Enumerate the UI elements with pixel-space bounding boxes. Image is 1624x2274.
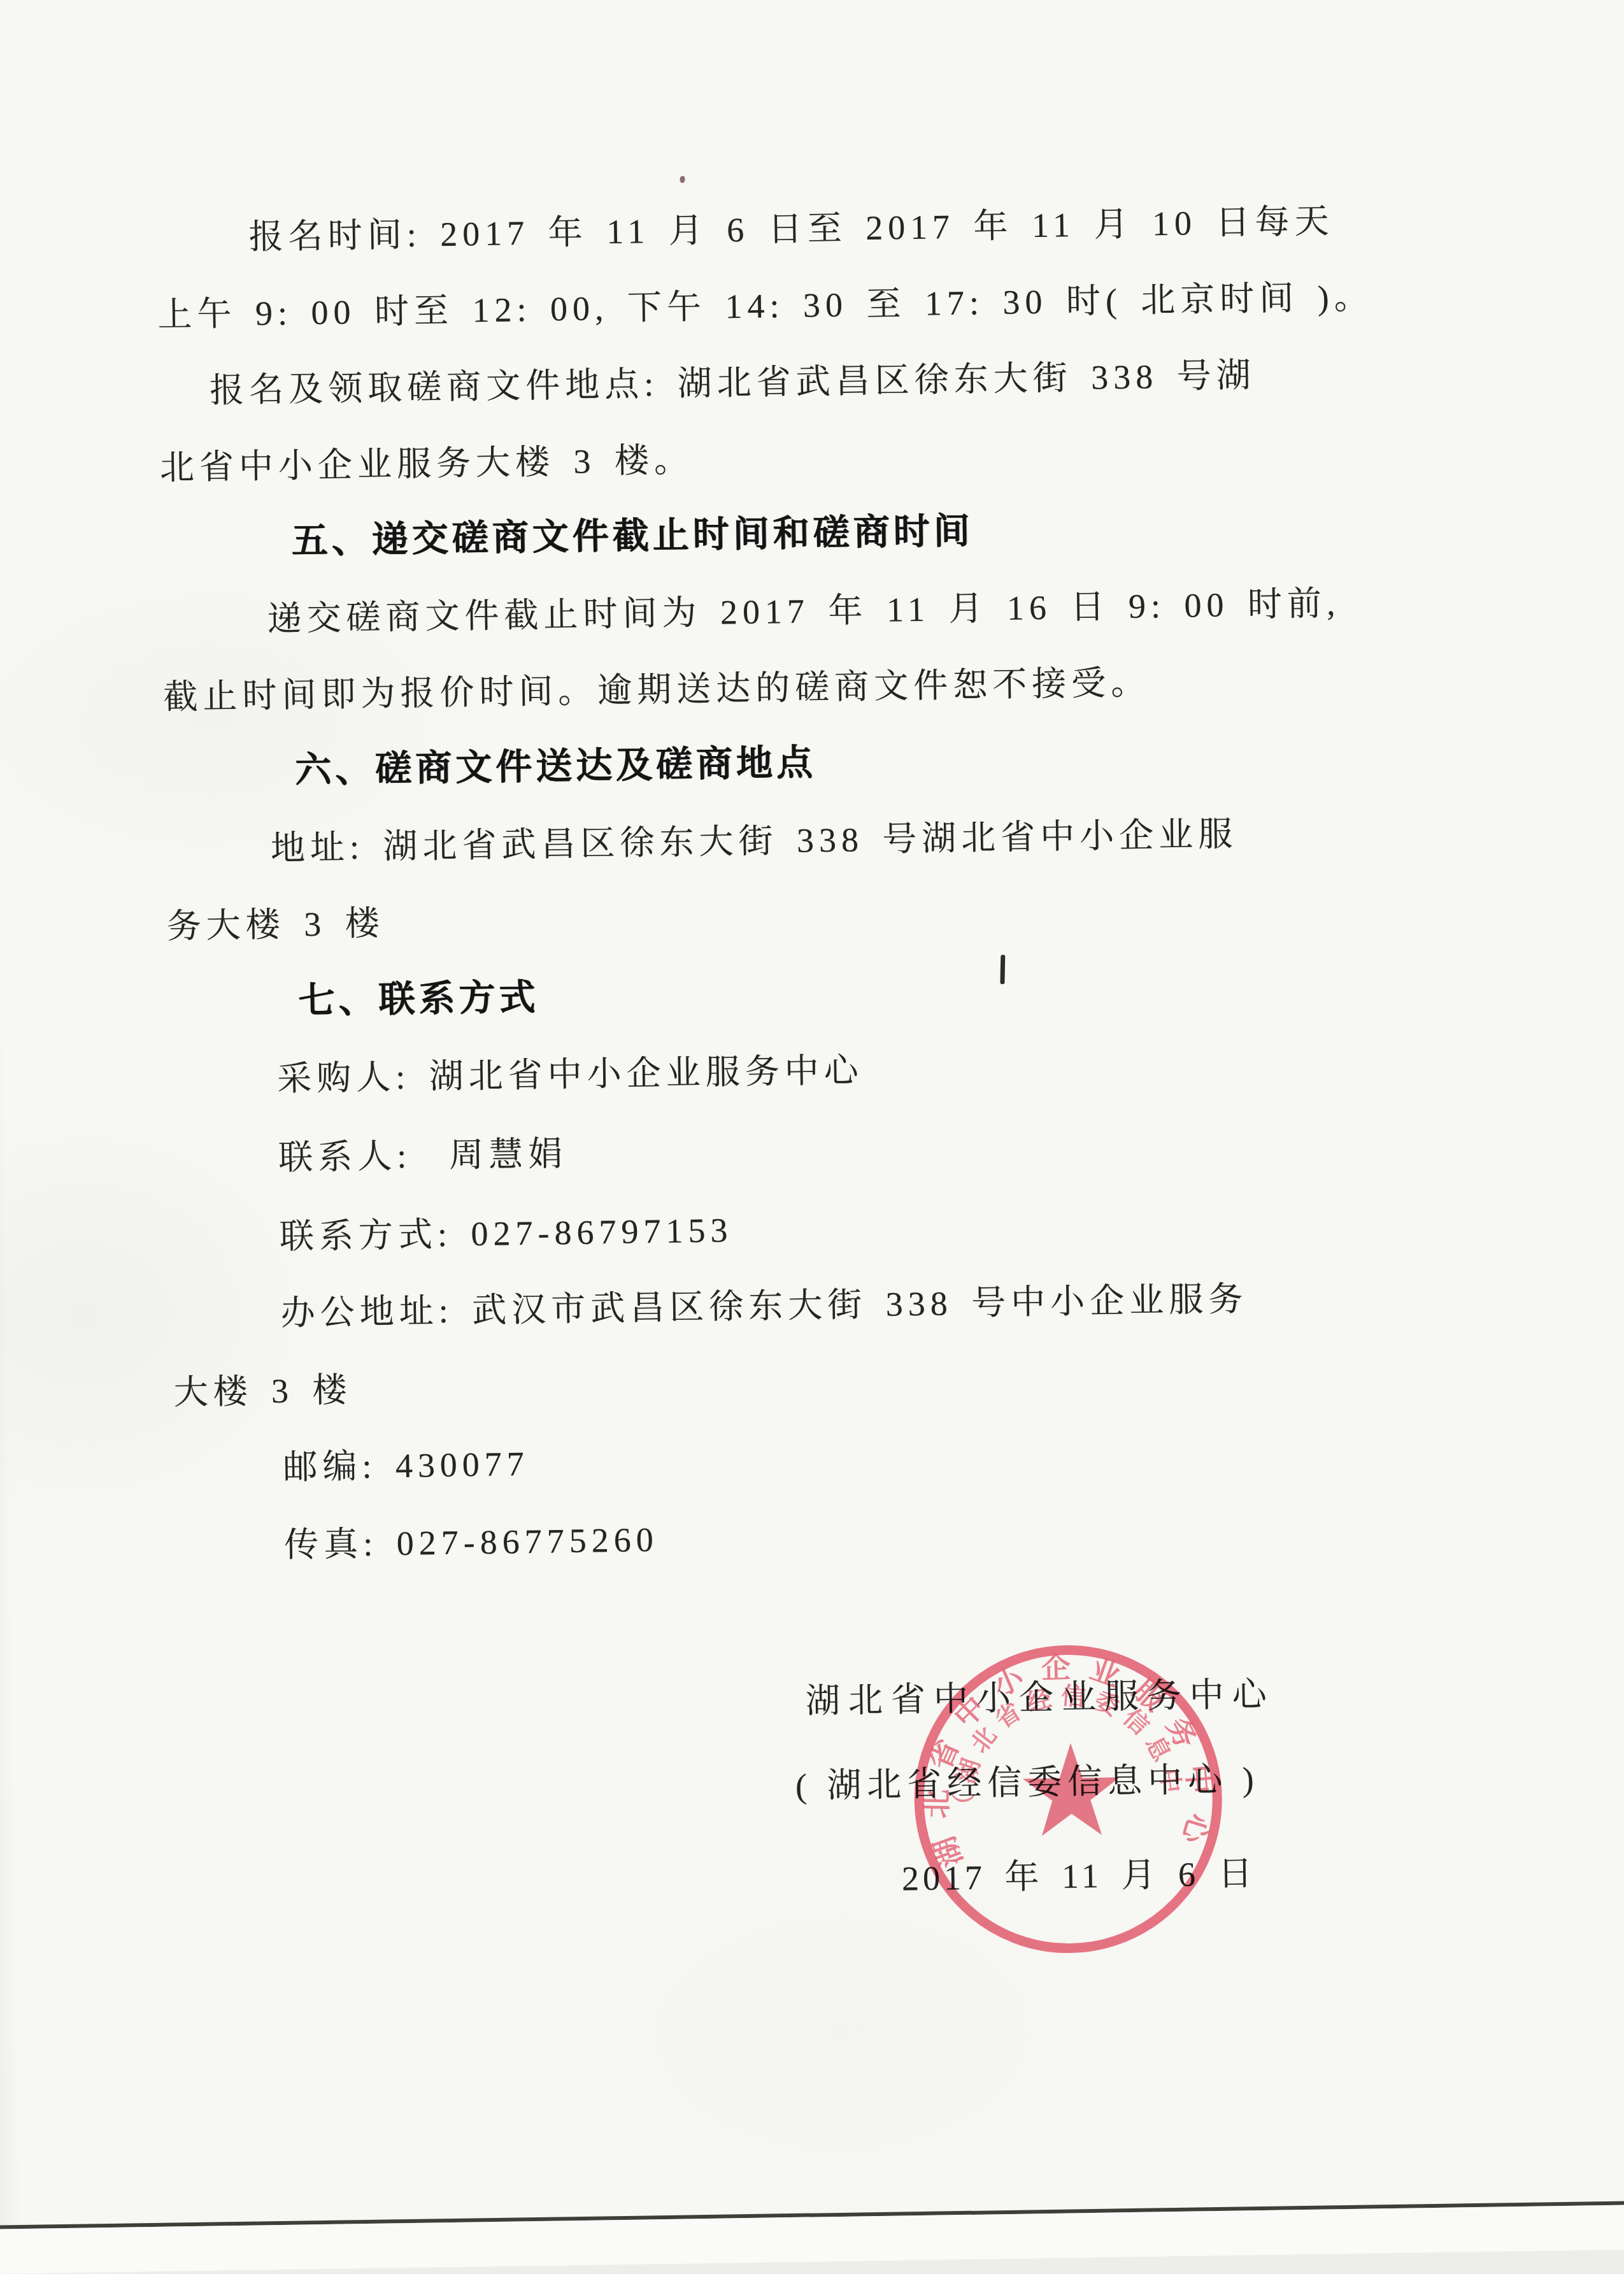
body-line-fax: 传真: 027-86775260	[284, 1519, 659, 1566]
body-line-pickup-location: 报名及领取磋商文件地点: 湖北省武昌区徐东大街 338 号湖	[210, 354, 1256, 411]
body-line-deadline: 递交磋商文件截止时间为 2017 年 11 月 16 日 9: 00 时前,	[267, 582, 1341, 640]
section-heading-seven: 七、联系方式	[298, 976, 539, 1022]
body-line-contact-phone: 联系方式: 027-86797153	[280, 1209, 733, 1258]
scanner-area-below-page	[0, 2204, 1624, 2235]
stray-ink-mark	[1000, 955, 1005, 984]
body-line-registration-hours: 上午 9: 00 时至 12: 00, 下午 14: 30 至 17: 30 时…	[157, 276, 1374, 336]
body-line-office-address-2: 大楼 3 楼	[173, 1369, 352, 1413]
body-line-address: 地址: 湖北省武昌区徐东大街 338 号湖北省中小企业服	[270, 813, 1237, 869]
body-line-postcode: 邮编: 430077	[283, 1443, 529, 1489]
body-line-address-2: 务大楼 3 楼	[166, 902, 385, 947]
stamp-star-icon	[1022, 1742, 1120, 1836]
paper-sheet: 报名时间: 2017 年 11 月 6 日至 2017 年 11 月 10 日每…	[0, 0, 1624, 2235]
section-heading-six: 六、磋商文件送达及磋商地点	[295, 741, 817, 791]
body-line-pickup-location-2: 北省中小企业服务大楼 3 楼。	[160, 439, 694, 489]
section-heading-five: 五、递交磋商文件截止时间和磋商时间	[291, 510, 974, 562]
body-line-contact-person: 联系人: 周慧娟	[278, 1133, 568, 1179]
body-line-registration-time: 报名时间: 2017 年 11 月 6 日至 2017 年 11 月 10 日每…	[248, 200, 1334, 258]
official-stamp: 湖北省中小企业服务中心 （湖北省经信委信息中心）	[900, 1631, 1236, 1968]
body-line-office-address: 办公地址: 武汉市武昌区徐东大街 338 号中小企业服务	[280, 1278, 1248, 1334]
scan-speck	[680, 176, 685, 183]
body-line-purchaser: 采购人: 湖北省中小企业服务中心	[277, 1049, 864, 1100]
body-line-deadline-2: 截止时间即为报价时间。逾期送达的磋商文件恕不接受。	[163, 661, 1151, 718]
